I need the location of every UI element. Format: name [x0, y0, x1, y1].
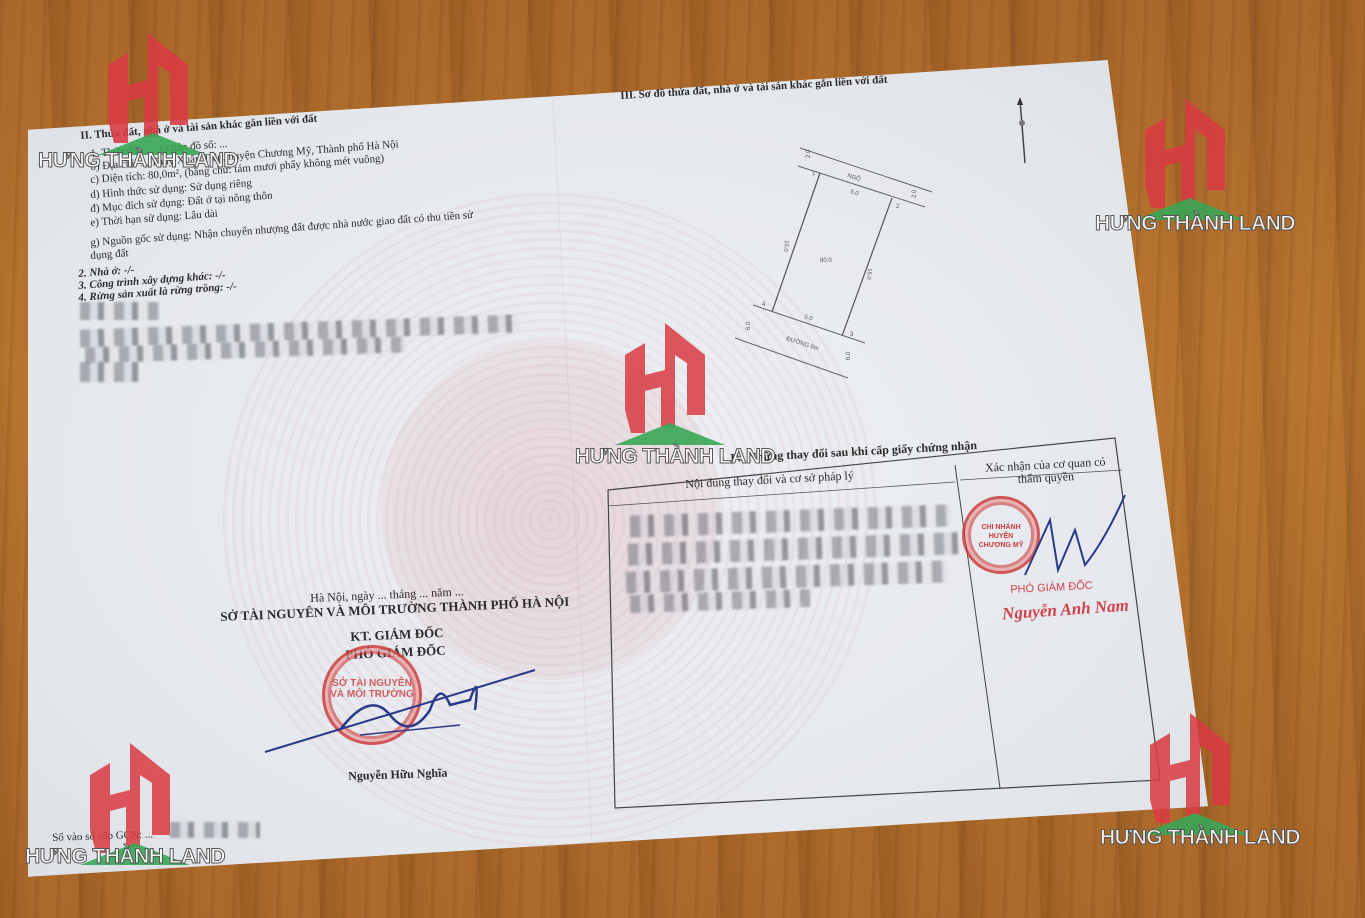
watermark-logo: HƯNG THÀNH LAND: [1095, 90, 1275, 230]
watermark-logo: HƯNG THÀNH LAND: [1100, 705, 1280, 845]
plot-diagram: 1 2 3 4 NGÕ 5.0 5.0 ĐƯỜNG 6m 80.0 16.0 1…: [720, 140, 960, 380]
bottom-road-label: ĐƯỜNG 6m: [785, 335, 819, 352]
changes-table: [600, 430, 1160, 820]
watermark-logo: HƯNG THÀNH LAND: [40, 735, 220, 875]
ht-logo-icon: [1095, 90, 1275, 230]
watermark-logo: HƯNG THÀNH LAND: [575, 315, 755, 455]
plot-area: 80.0: [820, 258, 832, 264]
redacted-text: [80, 362, 140, 382]
right-side-length: 16.0: [865, 268, 872, 281]
ht-logo-icon: [58, 25, 238, 165]
road-width: 2.0: [912, 189, 918, 198]
approval-signature: [1020, 490, 1130, 580]
bottom-width: 5.0: [803, 314, 813, 322]
top-road-label: NGÕ: [846, 172, 861, 183]
corner-label: 4: [762, 302, 766, 308]
top-width: 5.0: [849, 189, 859, 197]
road-width: 6.0: [846, 351, 852, 360]
ht-logo-icon: [1100, 705, 1280, 845]
signer-role-1: KT. GIÁM ĐỐC: [350, 626, 444, 643]
signature-scribble: [260, 660, 550, 760]
redacted-text: [80, 302, 160, 320]
ht-logo-icon: [575, 315, 755, 455]
left-side-length: 16.0: [782, 240, 789, 253]
north-arrow-icon: [1012, 95, 1032, 170]
road-width: 2.0: [806, 149, 812, 158]
land-line: dụng đất: [90, 247, 129, 263]
watermark-logo: HƯNG THÀNH LAND: [58, 25, 238, 165]
corner-label: 3: [850, 332, 854, 338]
corner-label: 2: [896, 204, 900, 210]
